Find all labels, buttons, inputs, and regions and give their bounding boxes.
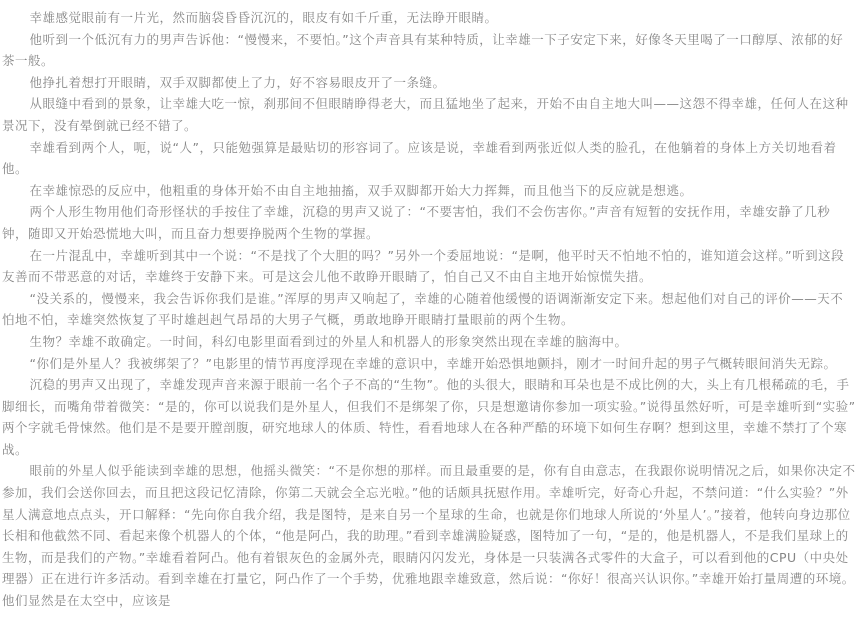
story-paragraph: 生物？幸雄不敢确定。一时间，科幻电影里面看到过的外星人和机器人的形象突然出现在幸…: [2, 331, 856, 353]
story-paragraph: 幸雄看到两个人，呃，说“人”，只能勉强算是最贴切的形容词了。应该是说，幸雄看到两…: [2, 137, 856, 180]
story-paragraph: 沉稳的男声又出现了，幸雄发现声音来源于眼前一名个子不高的“生物”。他的头很大，眼…: [2, 374, 856, 460]
story-paragraph: 幸雄感觉眼前有一片光，然而脑袋昏昏沉沉的，眼皮有如千斤重，无法睁开眼睛。: [2, 7, 856, 29]
story-paragraph: “没关系的，慢慢来，我会告诉你我们是谁。”浑厚的男声又响起了，幸雄的心随着他缓慢…: [2, 288, 856, 331]
story-paragraph: 在幸雄惊恐的反应中，他粗重的身体开始不由自主地抽搐，双手双脚都开始大力挥舞，而且…: [2, 180, 856, 202]
story-paragraph: 两个人形生物用他们奇形怪状的手按住了幸雄，沉稳的男声又说了：“不要害怕，我们不会…: [2, 201, 856, 244]
story-paragraph: 从眼缝中看到的景象，让幸雄大吃一惊，刹那间不但眼睛睁得老大，而且猛地坐了起来，开…: [2, 93, 856, 136]
story-paragraph: 眼前的外星人似乎能读到幸雄的思想，他摇头微笑：“不是你想的那样。而且最重要的是，…: [2, 460, 856, 611]
story-text-page: 幸雄感觉眼前有一片光，然而脑袋昏昏沉沉的，眼皮有如千斤重，无法睁开眼睛。 他听到…: [0, 0, 860, 642]
story-paragraph: 他听到一个低沉有力的男声告诉他：“慢慢来，不要怕。”这个声音具有某种特质，让幸雄…: [2, 29, 856, 72]
story-paragraph: “你们是外星人？我被绑架了？”电影里的情节再度浮现在幸雄的意识中，幸雄开始恐惧地…: [2, 353, 856, 375]
story-paragraph: 在一片混乱中，幸雄听到其中一个说：“不是找了个大胆的吗？”另外一个委屈地说：“是…: [2, 245, 856, 288]
story-paragraph: 他挣扎着想打开眼睛，双手双脚都使上了力，好不容易眼皮开了一条缝。: [2, 72, 856, 94]
